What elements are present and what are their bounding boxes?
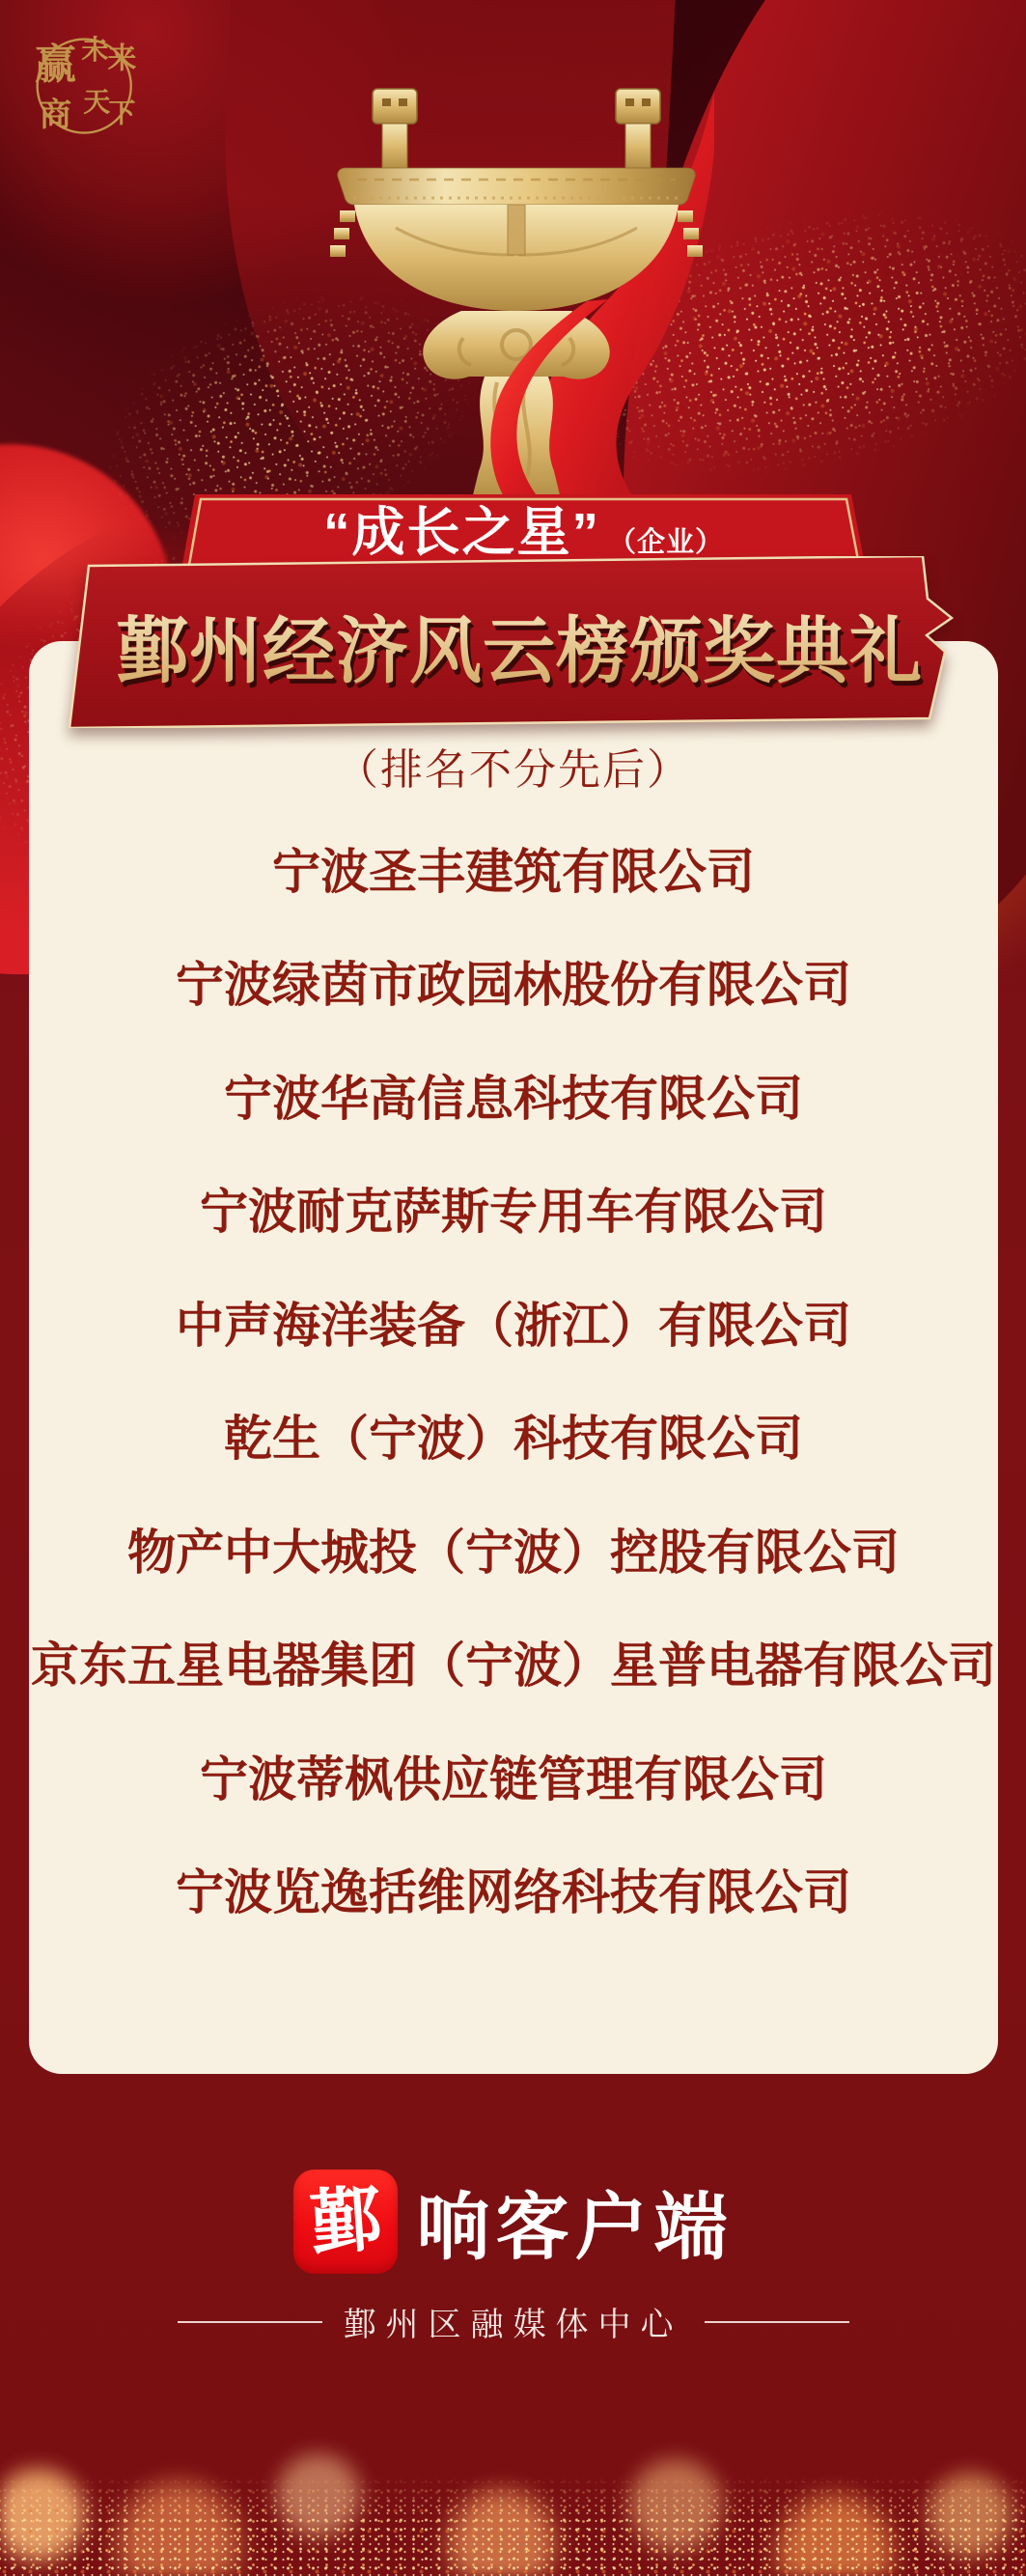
- company-name-5: 中声海洋装备（浙江）有限公司: [29, 1265, 998, 1379]
- ranking-note: （排名不分先后）: [29, 743, 998, 798]
- media-brand: 鄞 响客户端: [0, 2169, 1026, 2274]
- company-name-2: 宁波绿茵市政园林股份有限公司: [29, 925, 998, 1039]
- company-name-6: 乾生（宁波）科技有限公司: [29, 1379, 998, 1493]
- award-poster: 赢 未 来 商 天 下 （排名不分先后） 宁波圣丰建筑有限公司 宁波绿茵市政园林…: [0, 0, 1026, 2576]
- gold-glitter-bottom: [0, 2477, 1026, 2576]
- company-name-4: 宁波耐克萨斯专用车有限公司: [29, 1152, 998, 1266]
- company-name-7: 物产中大城投（宁波）控股有限公司: [29, 1492, 998, 1606]
- divider-line-left: [178, 2321, 322, 2323]
- event-title: 鄞州经济风云榜颁奖典礼: [56, 556, 957, 728]
- company-name-8: 京东五星电器集团（宁波）星普电器有限公司: [29, 1606, 998, 1720]
- app-logo-character: 鄞: [307, 2183, 383, 2259]
- media-center-name: 鄞州区融媒体中心: [344, 2298, 683, 2345]
- award-category-title: “成长之星”: [323, 506, 600, 559]
- app-name: 响客户端: [417, 2169, 734, 2274]
- seal-char: 天: [83, 86, 110, 118]
- seal-char: 未: [81, 34, 108, 66]
- trophy-icon: [319, 83, 714, 503]
- brand-seal-icon: 赢 未 来 商 天 下: [19, 19, 154, 154]
- seal-char: 下: [108, 97, 135, 128]
- company-name-3: 宁波华高信息科技有限公司: [29, 1038, 998, 1152]
- award-category-suffix: （企业）: [608, 520, 724, 560]
- seal-char: 赢: [35, 42, 76, 90]
- divider-line-right: [705, 2321, 849, 2323]
- title-banner: 鄞州经济风云榜颁奖典礼: [56, 556, 957, 728]
- company-list: 宁波圣丰建筑有限公司 宁波绿茵市政园林股份有限公司 宁波华高信息科技有限公司 宁…: [29, 811, 998, 1946]
- company-name-10: 宁波览逸括维网络科技有限公司: [29, 1833, 998, 1946]
- seal-char: 商: [40, 95, 72, 133]
- app-logo-icon: 鄞: [293, 2170, 398, 2274]
- company-name-1: 宁波圣丰建筑有限公司: [29, 811, 998, 925]
- media-center-row: 鄞州区融媒体中心: [0, 2298, 1026, 2345]
- seal-char: 来: [107, 42, 136, 75]
- company-name-9: 宁波蒂枫供应链管理有限公司: [29, 1719, 998, 1833]
- winners-panel: （排名不分先后） 宁波圣丰建筑有限公司 宁波绿茵市政园林股份有限公司 宁波华高信…: [29, 641, 998, 2074]
